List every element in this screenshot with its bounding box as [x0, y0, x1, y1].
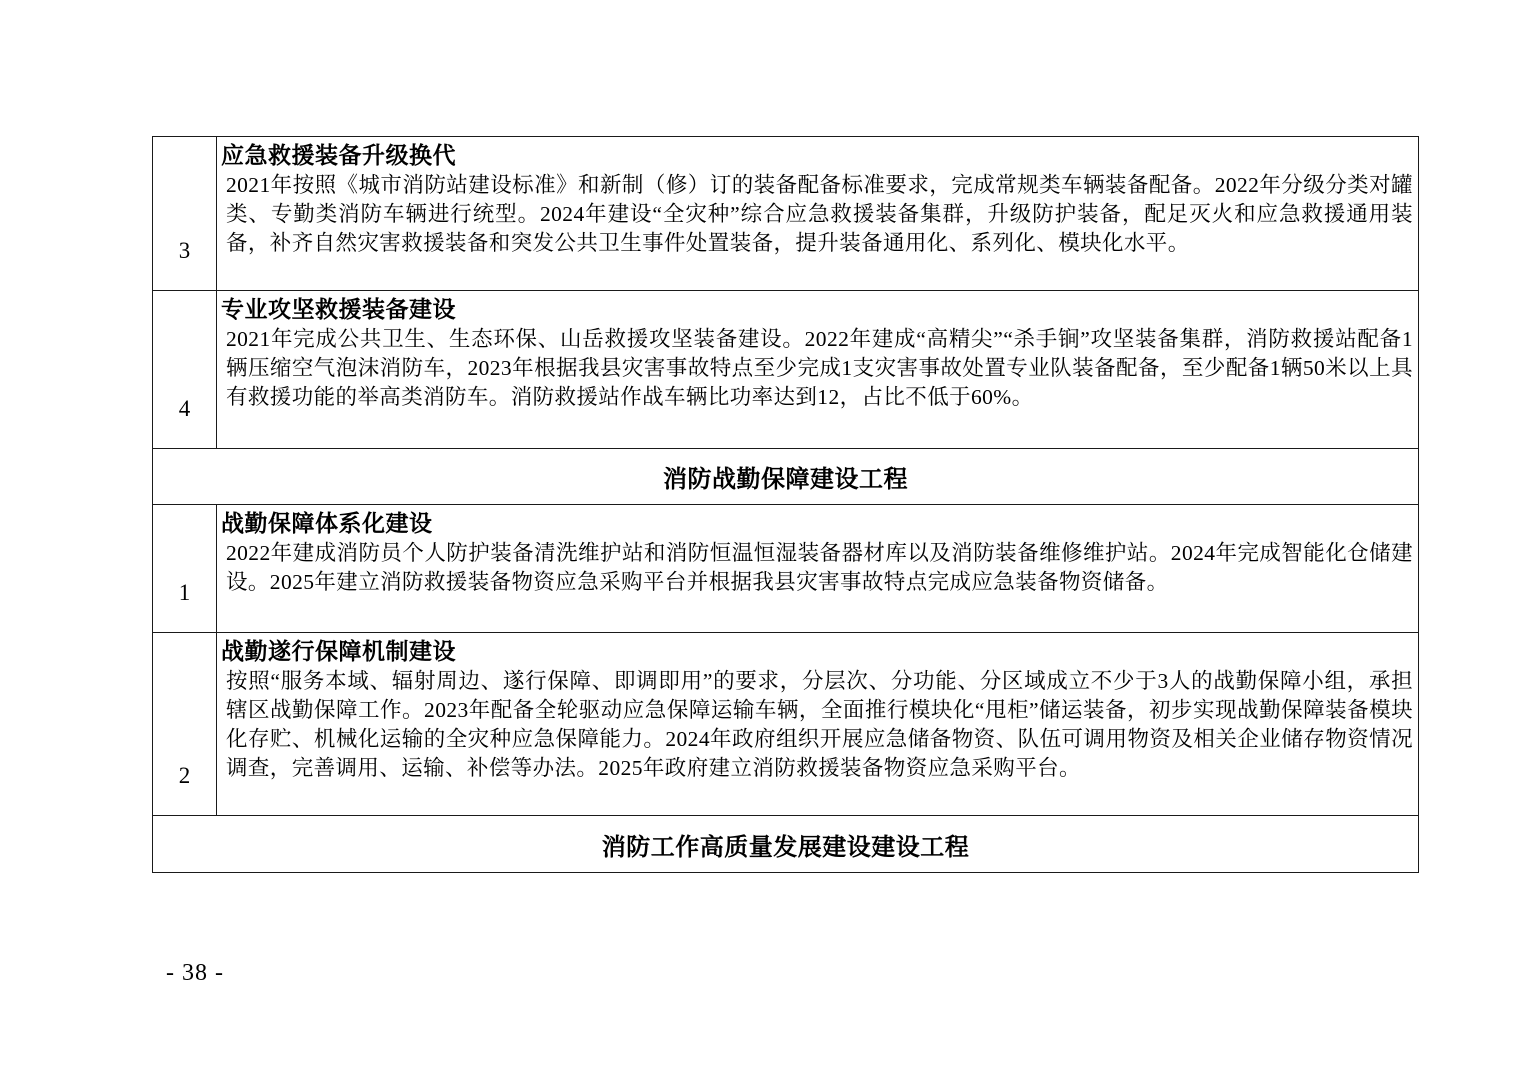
plan-table: 3 应急救援装备升级换代 2021年按照《城市消防站建设标准》和新制（修）订的装…	[152, 136, 1419, 873]
page-number: - 38 -	[166, 960, 224, 987]
row-content-cell: 战勤保障体系化建设 2022年建成消防员个人防护装备清洗维护站和消防恒温恒湿装备…	[217, 505, 1419, 633]
item-body: 2022年建成消防员个人防护装备清洗维护站和消防恒温恒湿装备器材库以及消防装备维…	[221, 539, 1414, 597]
row-content-cell: 应急救援装备升级换代 2021年按照《城市消防站建设标准》和新制（修）订的装备配…	[217, 137, 1419, 291]
item-title: 战勤遂行保障机制建设	[221, 636, 1414, 667]
row-number: 1	[153, 505, 217, 633]
row-number: 2	[153, 633, 217, 816]
item-body: 2021年按照《城市消防站建设标准》和新制（修）订的装备配备标准要求，完成常规类…	[221, 171, 1414, 258]
row-content-cell: 战勤遂行保障机制建设 按照“服务本域、辐射周边、遂行保障、即调即用”的要求，分层…	[217, 633, 1419, 816]
item-title: 战勤保障体系化建设	[221, 508, 1414, 539]
row-number: 3	[153, 137, 217, 291]
row-number: 4	[153, 291, 217, 449]
section-title: 消防战勤保障建设工程	[153, 449, 1419, 505]
section-header-row: 消防战勤保障建设工程	[153, 449, 1419, 505]
row-content-cell: 专业攻坚救援装备建设 2021年完成公共卫生、生态环保、山岳救援攻坚装备建设。2…	[217, 291, 1419, 449]
section-header-row: 消防工作高质量发展建设建设工程	[153, 816, 1419, 873]
document-page: 3 应急救援装备升级换代 2021年按照《城市消防站建设标准》和新制（修）订的装…	[0, 0, 1520, 1074]
table-row: 3 应急救援装备升级换代 2021年按照《城市消防站建设标准》和新制（修）订的装…	[153, 137, 1419, 291]
item-title: 应急救援装备升级换代	[221, 140, 1414, 171]
item-title: 专业攻坚救援装备建设	[221, 294, 1414, 325]
table-row: 1 战勤保障体系化建设 2022年建成消防员个人防护装备清洗维护站和消防恒温恒湿…	[153, 505, 1419, 633]
item-body: 2021年完成公共卫生、生态环保、山岳救援攻坚装备建设。2022年建成“高精尖”…	[221, 325, 1414, 412]
table-row: 4 专业攻坚救援装备建设 2021年完成公共卫生、生态环保、山岳救援攻坚装备建设…	[153, 291, 1419, 449]
table-row: 2 战勤遂行保障机制建设 按照“服务本域、辐射周边、遂行保障、即调即用”的要求，…	[153, 633, 1419, 816]
item-body: 按照“服务本域、辐射周边、遂行保障、即调即用”的要求，分层次、分功能、分区域成立…	[221, 667, 1414, 783]
section-title: 消防工作高质量发展建设建设工程	[153, 816, 1419, 873]
